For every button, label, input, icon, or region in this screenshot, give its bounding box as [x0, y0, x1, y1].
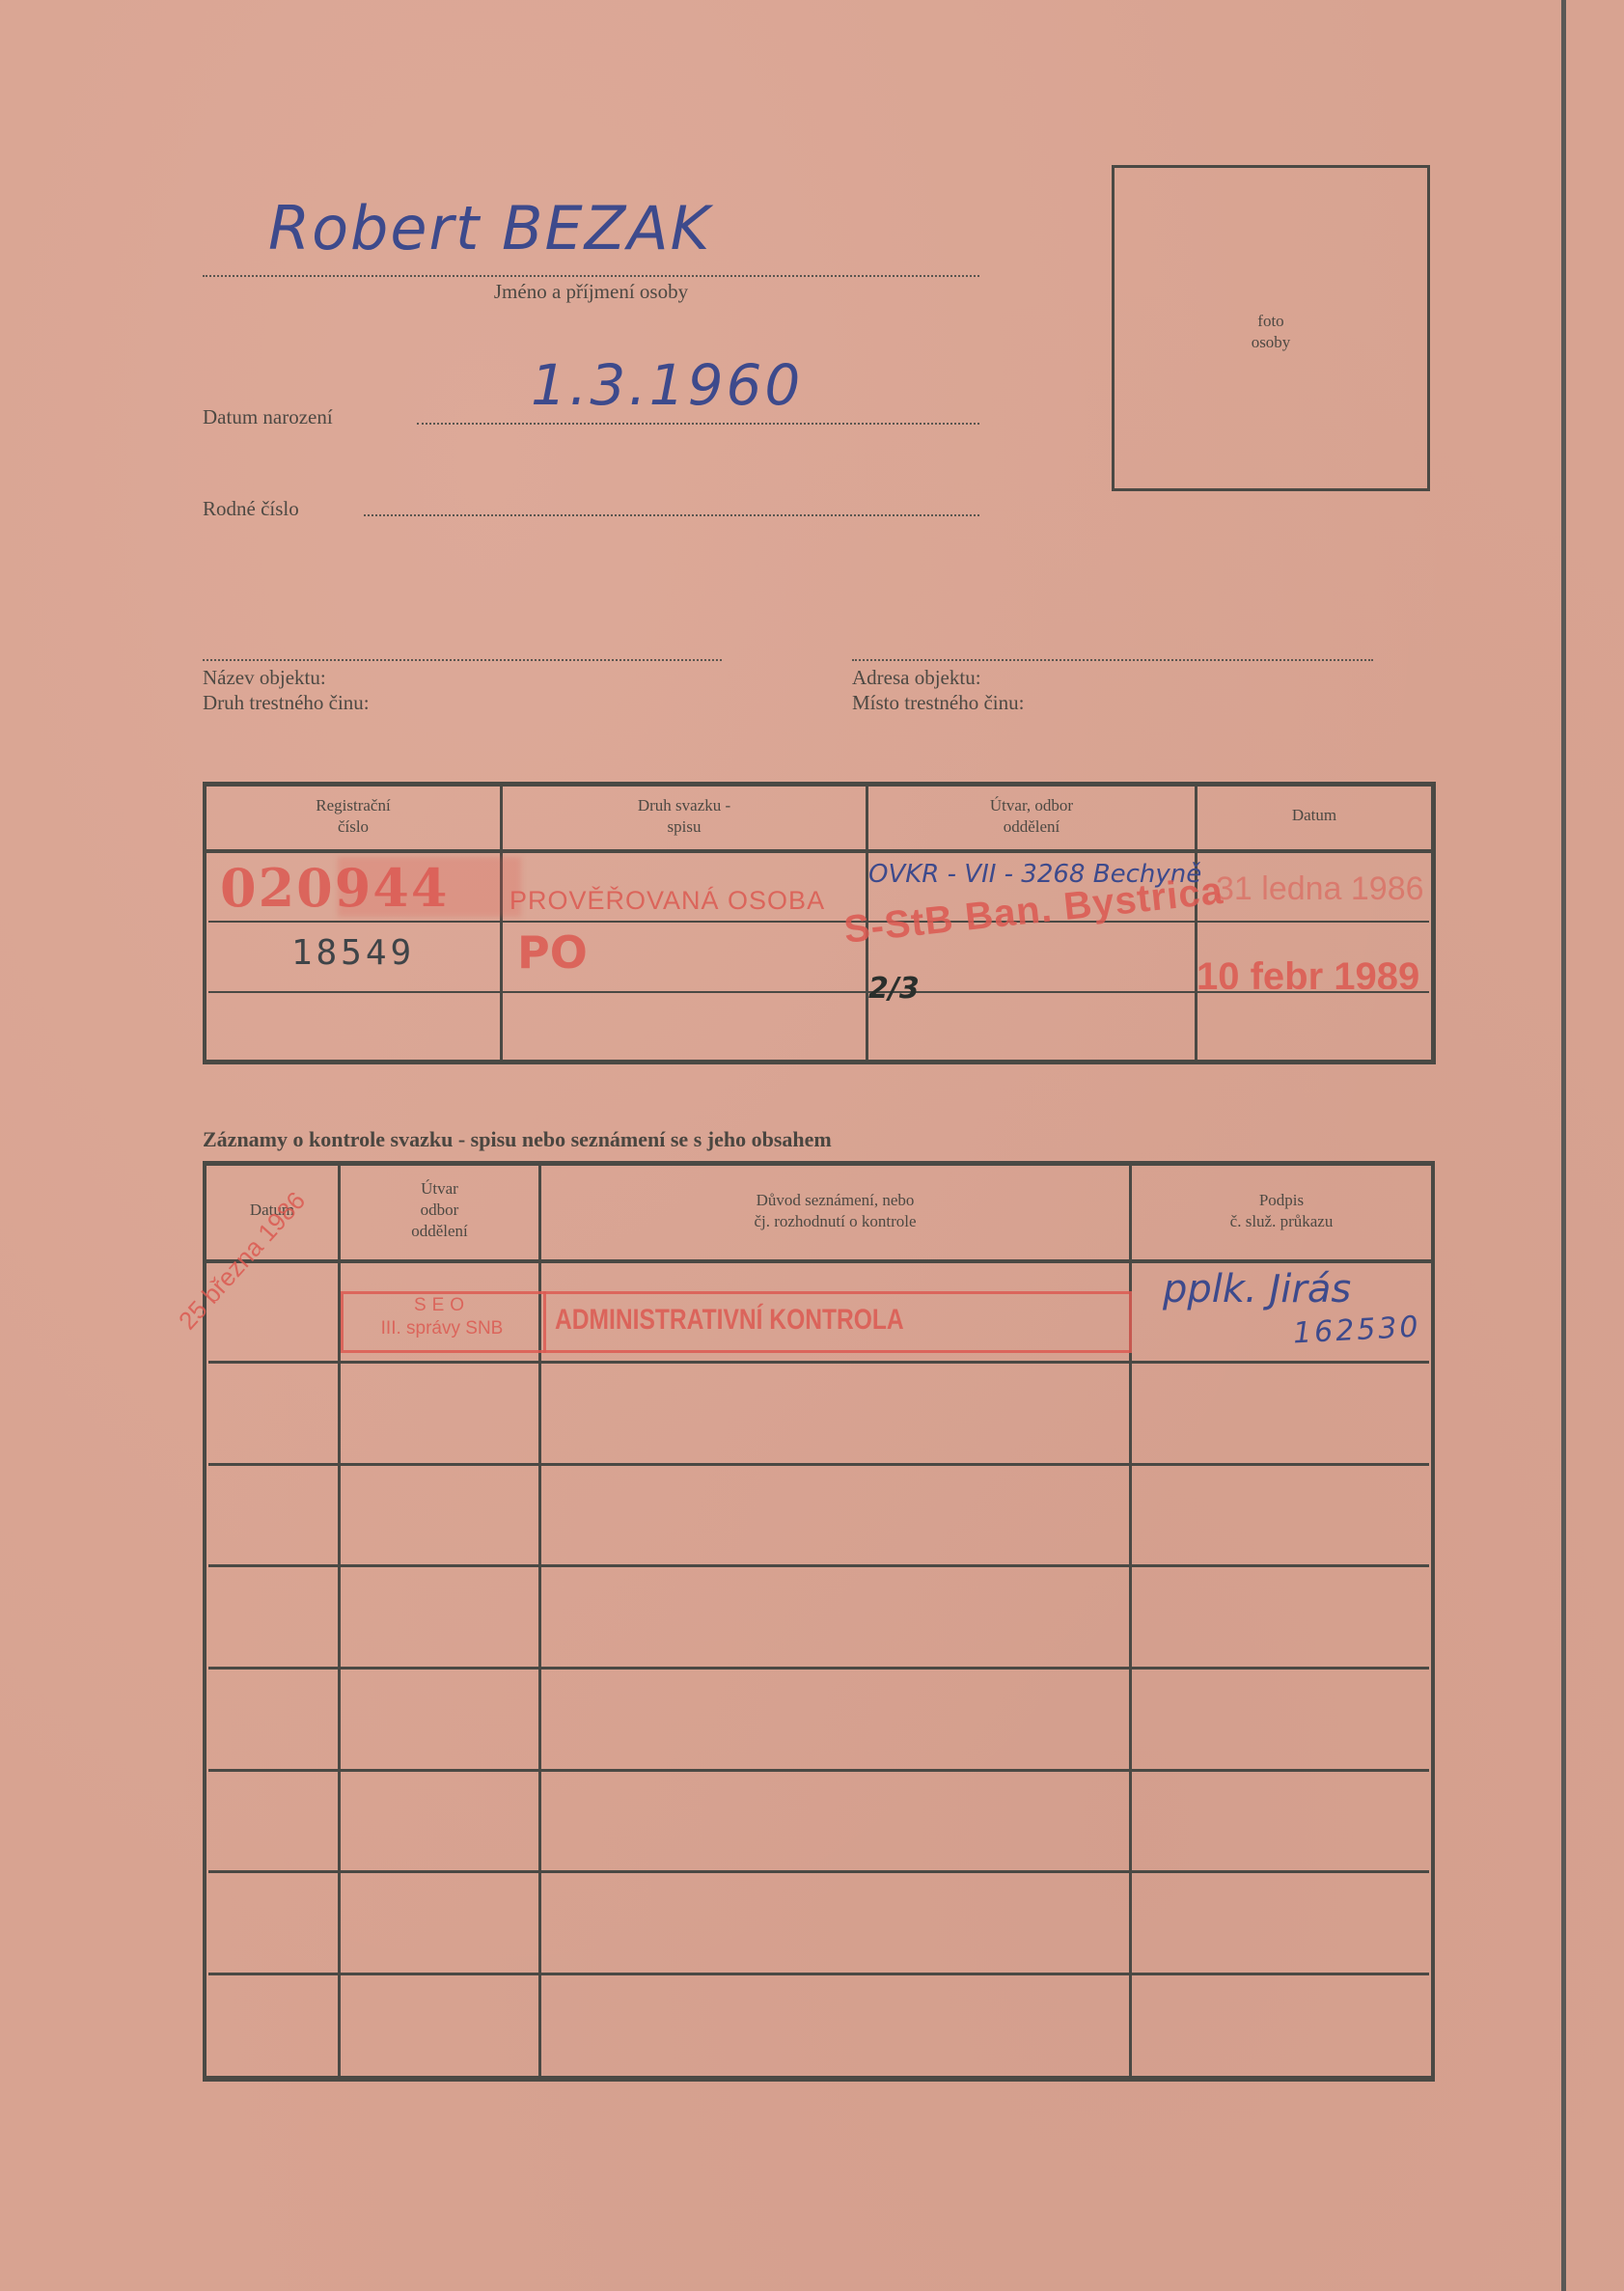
header-department: Útvar, odbor oddělení — [868, 795, 1195, 838]
table-border-bottom — [203, 1060, 1435, 1064]
header-line: Registrační — [206, 795, 500, 816]
object-name-label: Název objektu: — [203, 666, 326, 690]
row-divider — [208, 991, 1429, 993]
header-line: Podpis — [1132, 1190, 1431, 1211]
header-control-reason: Důvod seznámení, nebo čj. rozhodnutí o k… — [541, 1190, 1129, 1232]
folder-fold-line — [1561, 0, 1566, 2291]
table-border-top — [203, 1161, 1435, 1166]
photo-label-line2: osoby — [1115, 332, 1427, 353]
stamp-smudge — [338, 857, 521, 917]
control-unit-line1: SEO — [341, 1294, 543, 1317]
header-line: odbor — [341, 1200, 538, 1221]
object-address-dotted-line — [852, 659, 1373, 661]
header-line: Útvar, odbor — [868, 795, 1195, 816]
header-registration-number: Registrační číslo — [206, 795, 500, 838]
birth-number-label: Rodné číslo — [203, 497, 299, 521]
birth-number-dotted-line — [364, 514, 979, 516]
name-dotted-line — [203, 275, 979, 277]
row-divider — [208, 1870, 1429, 1873]
control-stamp-divider — [543, 1291, 546, 1353]
name-label: Jméno a příjmení osoby — [203, 280, 979, 304]
header-line: Druh svazku - — [503, 795, 866, 816]
crime-place-label: Místo trestného činu: — [852, 691, 1024, 715]
header-row-divider — [203, 849, 1435, 853]
control-unit-stamp: SEO III. správy SNB — [341, 1294, 543, 1340]
photo-box: foto osoby — [1112, 165, 1430, 491]
row-divider — [208, 1463, 1429, 1466]
table-border-right — [1431, 782, 1436, 1064]
header-line: oddělení — [868, 816, 1195, 838]
table-border-top — [203, 782, 1435, 787]
control-reason-stamp: ADMINISTRATIVNÍ KONTROLA — [555, 1304, 904, 1337]
photo-label: foto osoby — [1115, 311, 1427, 353]
row-divider — [208, 1667, 1429, 1670]
name-handwritten: Robert BEZAK — [268, 193, 711, 263]
header-line: Důvod seznámení, nebo — [541, 1190, 1129, 1211]
header-date: Datum — [1197, 805, 1431, 826]
control-unit-line2: III. správy SNB — [341, 1317, 543, 1340]
header-line: čj. rozhodnutí o kontrole — [541, 1211, 1129, 1232]
table-border-right — [1431, 1161, 1435, 2082]
registration-table: Registrační číslo Druh svazku - spisu Út… — [203, 782, 1435, 1063]
birth-date-label: Datum narození — [203, 405, 333, 429]
crime-type-label: Druh trestného činu: — [203, 691, 370, 715]
header-line: oddělení — [341, 1221, 538, 1242]
header-file-type: Druh svazku - spisu — [503, 795, 866, 838]
header-line: Útvar — [341, 1178, 538, 1200]
header-line: č. služ. průkazu — [1132, 1211, 1431, 1232]
row-divider — [208, 1361, 1429, 1364]
row-divider — [208, 1769, 1429, 1772]
registration-number-typed: 18549 — [206, 933, 500, 973]
birth-date-dotted-line — [417, 423, 979, 425]
photo-label-line1: foto — [1115, 311, 1427, 332]
header-row-divider — [203, 1259, 1435, 1263]
object-address-label: Adresa objektu: — [852, 666, 981, 690]
object-name-dotted-line — [203, 659, 722, 661]
header-control-signature: Podpis č. služ. průkazu — [1132, 1190, 1431, 1232]
department-note-handwritten: 2/3 — [868, 972, 920, 1006]
file-type-abbreviation-stamp: PO — [517, 926, 588, 979]
row-divider — [208, 1973, 1429, 1975]
row-divider — [208, 921, 1429, 923]
file-type-stamp: PROVĚŘOVANÁ OSOBA — [509, 886, 825, 916]
control-signature: pplk. Jirás — [1163, 1267, 1351, 1311]
header-control-unit: Útvar odbor oddělení — [341, 1178, 538, 1242]
control-table: Datum Útvar odbor oddělení Důvod seznáme… — [203, 1161, 1435, 2083]
control-badge-number: 162530 — [1292, 1311, 1421, 1351]
row-divider — [208, 1564, 1429, 1567]
control-section-title: Záznamy o kontrole svazku - spisu nebo s… — [203, 1127, 832, 1152]
header-line: spisu — [503, 816, 866, 838]
header-line: Datum — [1197, 805, 1431, 826]
header-line: číslo — [206, 816, 500, 838]
table-border-bottom — [203, 2076, 1435, 2082]
birth-date-handwritten: 1.3.1960 — [531, 352, 803, 418]
date-stamp-1: 31 ledna 1986 — [1216, 870, 1424, 908]
